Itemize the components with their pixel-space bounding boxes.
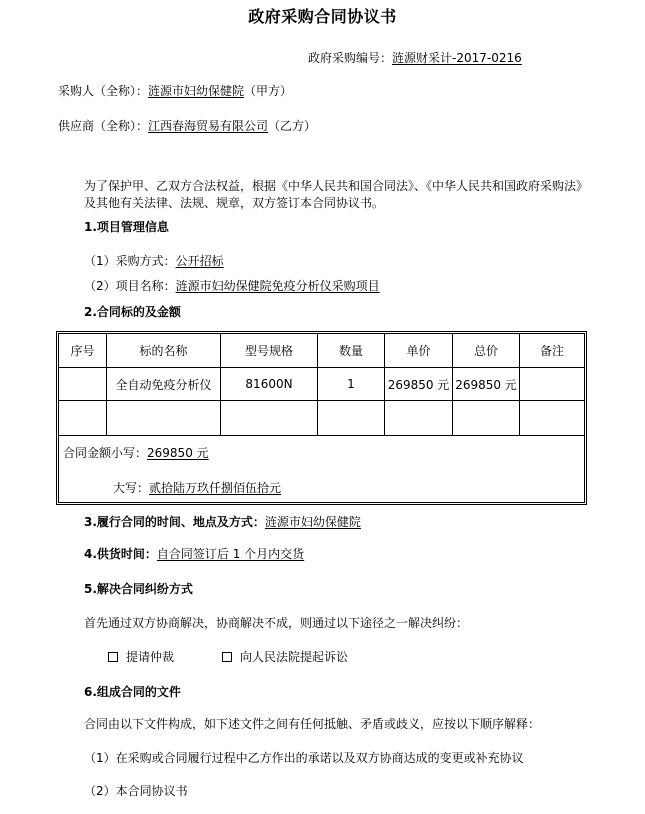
option-arbitration-label: 提请仲裁: [126, 650, 174, 664]
section6-item-1: （1）在采购或合同履行过程中乙方作出的承诺以及双方协商达成的变更或补充协议: [84, 751, 524, 765]
table-header-row: 序号 标的名称 型号规格 数量 单价 总价 备注: [59, 334, 584, 368]
buyer-label: 采购人（全称）：: [58, 84, 148, 98]
amount-summary-cell: 合同金额小写：269850 元 大写：贰拾陆万玖仟捌佰伍拾元: [59, 436, 584, 502]
section4-heading: 4.供货时间：: [84, 547, 157, 561]
section5-heading: 5.解决合同纠纷方式: [84, 582, 193, 596]
amount-small: 合同金额小写：269850 元: [63, 444, 209, 461]
table-cell: [221, 401, 318, 436]
section4-value: 自合同签订后 1 个月内交货: [157, 547, 304, 561]
option-litigation[interactable]: 向人民法院提起诉讼: [222, 650, 348, 664]
document-title: 政府采购合同协议书: [0, 7, 645, 27]
preamble: 为了保护甲、乙双方合法权益，根据《中华人民共和国合同法》、《中华人民共和国政府采…: [84, 178, 584, 212]
buyer-suffix: （甲方）: [244, 84, 292, 98]
supplier-suffix: （乙方）: [268, 119, 316, 133]
section3-value: 涟源市妇幼保健院: [265, 515, 361, 529]
amount-large-label: 大写：: [113, 481, 149, 495]
table-cell: 269850 元: [385, 368, 453, 401]
buyer-value: 涟源市妇幼保健院: [148, 84, 244, 98]
section2-heading: 2.合同标的及金额: [84, 305, 181, 319]
table-cell: 全自动免疫分析仪: [107, 368, 221, 401]
section4-line: 4.供货时间：自合同签订后 1 个月内交货: [84, 547, 304, 561]
header-cell: 序号: [59, 334, 107, 368]
checkbox-icon[interactable]: [108, 652, 118, 662]
section3-heading: 3.履行合同的时间、地点及方式：: [84, 515, 265, 529]
checkbox-icon[interactable]: [222, 652, 232, 662]
project-name: （2）项目名称：涟源市妇幼保健院免疫分析仪采购项目: [84, 279, 380, 293]
table-cell: [318, 401, 385, 436]
procurement-method: （1）采购方式：公开招标: [84, 254, 224, 268]
table-cell: 81600N: [221, 368, 318, 401]
header-cell: 总价: [453, 334, 520, 368]
amount-large-value: 贰拾陆万玖仟捌佰伍拾元: [149, 481, 281, 495]
table-cell: [107, 401, 221, 436]
procurement-number-value: 涟源财采计-2017-0216: [392, 51, 522, 65]
procurement-number: 政府采购编号：涟源财采计-2017-0216: [308, 51, 522, 65]
table-cell: [59, 401, 107, 436]
amount-large: 大写：贰拾陆万玖仟捌佰伍拾元: [113, 479, 281, 496]
option-litigation-label: 向人民法院提起诉讼: [240, 650, 348, 664]
table-cell: 1: [318, 368, 385, 401]
contract-items-table: 序号 标的名称 型号规格 数量 单价 总价 备注 全自动免疫分析仪 81600N…: [56, 331, 587, 505]
amount-summary-row: 合同金额小写：269850 元 大写：贰拾陆万玖仟捌佰伍拾元: [59, 436, 584, 502]
section3-line: 3.履行合同的时间、地点及方式：涟源市妇幼保健院: [84, 515, 361, 529]
section6-item-2: （2）本合同协议书: [84, 784, 188, 798]
supplier-value: 江西春海贸易有限公司: [148, 119, 268, 133]
project-name-label: （2）项目名称：: [84, 279, 176, 293]
procurement-number-label: 政府采购编号：: [308, 51, 392, 65]
option-arbitration[interactable]: 提请仲裁: [108, 650, 174, 664]
project-name-value: 涟源市妇幼保健院免疫分析仪采购项目: [176, 279, 380, 293]
supplier-label: 供应商（全称）：: [58, 119, 148, 133]
table-cell: [453, 401, 520, 436]
table-cell: [520, 368, 584, 401]
supplier-line: 供应商（全称）：江西春海贸易有限公司（乙方）: [58, 119, 316, 133]
section6-text: 合同由以下文件构成，如下述文件之间有任何抵触、矛盾或歧义，应按以下顺序解释：: [84, 717, 540, 731]
section1-heading: 1.项目管理信息: [84, 220, 169, 234]
table-row: [59, 401, 584, 436]
header-cell: 备注: [520, 334, 584, 368]
amount-small-label: 合同金额小写：: [63, 446, 147, 460]
buyer-line: 采购人（全称）：涟源市妇幼保健院（甲方）: [58, 84, 292, 98]
table-row: 全自动免疫分析仪 81600N 1 269850 元 269850 元: [59, 368, 584, 401]
table-cell: [385, 401, 453, 436]
header-cell: 标的名称: [107, 334, 221, 368]
table-cell: [59, 368, 107, 401]
procurement-method-value: 公开招标: [176, 254, 224, 268]
table-cell: [520, 401, 584, 436]
header-cell: 型号规格: [221, 334, 318, 368]
header-cell: 单价: [385, 334, 453, 368]
procurement-method-label: （1）采购方式：: [84, 254, 176, 268]
header-cell: 数量: [318, 334, 385, 368]
table-cell: 269850 元: [453, 368, 520, 401]
amount-small-value: 269850 元: [147, 446, 209, 460]
section6-heading: 6.组成合同的文件: [84, 685, 181, 699]
section5-text: 首先通过双方协商解决，协商解决不成，则通过以下途径之一解决纠纷：: [84, 616, 468, 630]
